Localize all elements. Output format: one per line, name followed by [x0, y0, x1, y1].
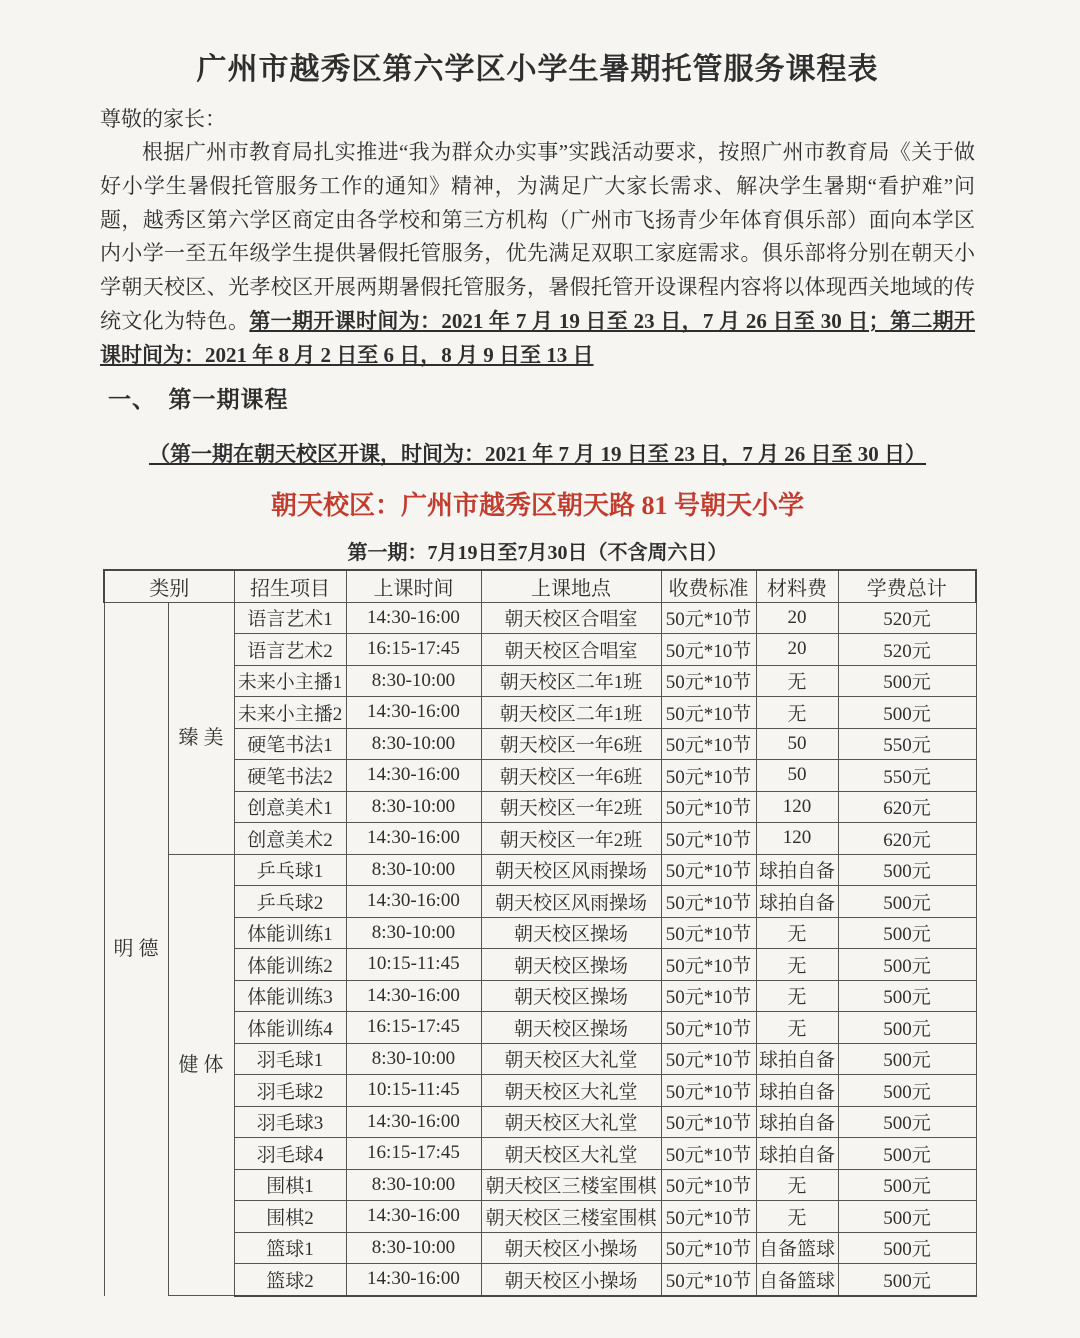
time-cell: 8:30-10:00: [346, 791, 481, 823]
location-cell: 朝天校区操场: [481, 917, 661, 949]
fee-cell: 50元*10节: [661, 1169, 756, 1201]
total-cell: 500元: [838, 1106, 976, 1138]
fee-cell: 50元*10节: [661, 1232, 756, 1264]
location-cell: 朝天校区一年2班: [481, 791, 661, 823]
total-cell: 520元: [838, 634, 976, 666]
location-cell: 朝天校区二年1班: [481, 697, 661, 729]
total-cell: 500元: [838, 980, 976, 1012]
material-cell: 无: [756, 665, 838, 697]
total-cell: 500元: [838, 917, 976, 949]
fee-cell: 50元*10节: [661, 949, 756, 981]
table-row: 体能训练210:15-11:45朝天校区操场50元*10节无500元: [104, 949, 976, 981]
total-cell: 500元: [838, 1138, 976, 1170]
material-cell: 无: [756, 697, 838, 729]
col-header-time: 上课时间: [346, 570, 481, 603]
total-cell: 500元: [838, 1012, 976, 1044]
total-cell: 500元: [838, 697, 976, 729]
material-cell: 20: [756, 634, 838, 666]
total-cell: 500元: [838, 1043, 976, 1075]
col-header-total: 学费总计: [838, 570, 976, 603]
location-cell: 朝天校区一年6班: [481, 760, 661, 792]
material-cell: 无: [756, 1201, 838, 1233]
section-heading: 一、 第一期课程: [108, 385, 975, 415]
material-cell: 50: [756, 760, 838, 792]
material-cell: 球拍自备: [756, 1043, 838, 1075]
table-row: 篮球18:30-10:00朝天校区小操场50元*10节自备篮球500元: [104, 1232, 976, 1264]
fee-cell: 50元*10节: [661, 823, 756, 855]
table-caption: 第一期：7月19日至7月30日（不含周六日）: [100, 540, 975, 566]
project-cell: 羽毛球4: [234, 1138, 346, 1170]
location-cell: 朝天校区小操场: [481, 1232, 661, 1264]
fee-cell: 50元*10节: [661, 1138, 756, 1170]
project-cell: 语言艺术2: [234, 634, 346, 666]
total-cell: 500元: [838, 949, 976, 981]
table-row: 硬笔书法214:30-16:00朝天校区一年6班50元*10节50550元: [104, 760, 976, 792]
location-cell: 朝天校区一年2班: [481, 823, 661, 855]
fee-cell: 50元*10节: [661, 634, 756, 666]
location-cell: 朝天校区二年1班: [481, 665, 661, 697]
document-page: 广州市越秀区第六学区小学生暑期托管服务课程表 尊敬的家长： 根据广州市教育局扎实…: [0, 0, 1080, 1338]
time-cell: 8:30-10:00: [346, 728, 481, 760]
fee-cell: 50元*10节: [661, 602, 756, 634]
time-cell: 14:30-16:00: [346, 697, 481, 729]
project-cell: 篮球1: [234, 1232, 346, 1264]
table-row: 体能训练18:30-10:00朝天校区操场50元*10节无500元: [104, 917, 976, 949]
material-cell: 球拍自备: [756, 1106, 838, 1138]
fee-cell: 50元*10节: [661, 791, 756, 823]
project-cell: 羽毛球3: [234, 1106, 346, 1138]
col-header-fee: 收费标准: [661, 570, 756, 603]
category-inner-cell: 健 体: [168, 854, 234, 1296]
material-cell: 无: [756, 1169, 838, 1201]
col-header-location: 上课地点: [481, 570, 661, 603]
fee-cell: 50元*10节: [661, 728, 756, 760]
table-row: 未来小主播214:30-16:00朝天校区二年1班50元*10节无500元: [104, 697, 976, 729]
location-cell: 朝天校区大礼堂: [481, 1075, 661, 1107]
material-cell: 50: [756, 728, 838, 760]
total-cell: 550元: [838, 728, 976, 760]
total-cell: 500元: [838, 1264, 976, 1296]
fee-cell: 50元*10节: [661, 1264, 756, 1296]
location-cell: 朝天校区合唱室: [481, 602, 661, 634]
total-cell: 500元: [838, 1169, 976, 1201]
time-cell: 14:30-16:00: [346, 823, 481, 855]
location-cell: 朝天校区三楼室围棋: [481, 1169, 661, 1201]
location-cell: 朝天校区操场: [481, 949, 661, 981]
location-cell: 朝天校区操场: [481, 980, 661, 1012]
time-cell: 8:30-10:00: [346, 1043, 481, 1075]
project-cell: 体能训练1: [234, 917, 346, 949]
time-cell: 14:30-16:00: [346, 1264, 481, 1296]
project-cell: 羽毛球2: [234, 1075, 346, 1107]
total-cell: 620元: [838, 791, 976, 823]
project-cell: 体能训练2: [234, 949, 346, 981]
material-cell: 无: [756, 980, 838, 1012]
fee-cell: 50元*10节: [661, 665, 756, 697]
project-cell: 未来小主播1: [234, 665, 346, 697]
project-cell: 围棋1: [234, 1169, 346, 1201]
table-row: 体能训练314:30-16:00朝天校区操场50元*10节无500元: [104, 980, 976, 1012]
project-cell: 乒乓球2: [234, 886, 346, 918]
time-cell: 8:30-10:00: [346, 1169, 481, 1201]
table-row: 健 体乒乓球18:30-10:00朝天校区风雨操场50元*10节球拍自备500元: [104, 854, 976, 886]
material-cell: 无: [756, 949, 838, 981]
total-cell: 500元: [838, 886, 976, 918]
table-row: 羽毛球416:15-17:45朝天校区大礼堂50元*10节球拍自备500元: [104, 1138, 976, 1170]
total-cell: 500元: [838, 665, 976, 697]
project-cell: 体能训练3: [234, 980, 346, 1012]
intro-paragraph: 根据广州市教育局扎实推进“我为群众办实事”实践活动要求，按照广州市教育局《关于做…: [100, 136, 975, 373]
col-header-category: 类别: [104, 570, 234, 603]
material-cell: 球拍自备: [756, 854, 838, 886]
table-row: 乒乓球214:30-16:00朝天校区风雨操场50元*10节球拍自备500元: [104, 886, 976, 918]
table-row: 未来小主播18:30-10:00朝天校区二年1班50元*10节无500元: [104, 665, 976, 697]
table-row: 羽毛球314:30-16:00朝天校区大礼堂50元*10节球拍自备500元: [104, 1106, 976, 1138]
table-row: 围棋214:30-16:00朝天校区三楼室围棋50元*10节无500元: [104, 1201, 976, 1233]
time-cell: 14:30-16:00: [346, 1106, 481, 1138]
time-cell: 8:30-10:00: [346, 1232, 481, 1264]
fee-cell: 50元*10节: [661, 760, 756, 792]
col-header-material: 材料费: [756, 570, 838, 603]
time-cell: 14:30-16:00: [346, 760, 481, 792]
material-cell: 无: [756, 917, 838, 949]
time-cell: 10:15-11:45: [346, 949, 481, 981]
project-cell: 体能训练4: [234, 1012, 346, 1044]
table-row: 明 德臻 美语言艺术114:30-16:00朝天校区合唱室50元*10节2052…: [104, 602, 976, 634]
time-cell: 8:30-10:00: [346, 854, 481, 886]
material-cell: 自备篮球: [756, 1264, 838, 1296]
fee-cell: 50元*10节: [661, 917, 756, 949]
time-cell: 8:30-10:00: [346, 917, 481, 949]
table-row: 硬笔书法18:30-10:00朝天校区一年6班50元*10节50550元: [104, 728, 976, 760]
salutation: 尊敬的家长：: [100, 104, 975, 134]
project-cell: 创意美术1: [234, 791, 346, 823]
total-cell: 500元: [838, 1201, 976, 1233]
location-cell: 朝天校区小操场: [481, 1264, 661, 1296]
location-cell: 朝天校区大礼堂: [481, 1043, 661, 1075]
fee-cell: 50元*10节: [661, 1012, 756, 1044]
campus-address: 朝天校区：广州市越秀区朝天路 81 号朝天小学: [100, 492, 975, 520]
time-cell: 14:30-16:00: [346, 1201, 481, 1233]
time-cell: 16:15-17:45: [346, 1012, 481, 1044]
project-cell: 羽毛球1: [234, 1043, 346, 1075]
fee-cell: 50元*10节: [661, 1043, 756, 1075]
material-cell: 球拍自备: [756, 1138, 838, 1170]
total-cell: 520元: [838, 602, 976, 634]
location-cell: 朝天校区大礼堂: [481, 1106, 661, 1138]
total-cell: 500元: [838, 1075, 976, 1107]
project-cell: 硬笔书法1: [234, 728, 346, 760]
intro-text: 根据广州市教育局扎实推进“我为群众办实事”实践活动要求，按照广州市教育局《关于做…: [100, 140, 975, 333]
total-cell: 620元: [838, 823, 976, 855]
fee-cell: 50元*10节: [661, 1201, 756, 1233]
fee-cell: 50元*10节: [661, 1106, 756, 1138]
time-cell: 10:15-11:45: [346, 1075, 481, 1107]
category-inner-cell: 臻 美: [168, 602, 234, 854]
location-cell: 朝天校区操场: [481, 1012, 661, 1044]
fee-cell: 50元*10节: [661, 854, 756, 886]
project-cell: 未来小主播2: [234, 697, 346, 729]
fee-cell: 50元*10节: [661, 697, 756, 729]
project-cell: 篮球2: [234, 1264, 346, 1296]
time-cell: 8:30-10:00: [346, 665, 481, 697]
time-cell: 14:30-16:00: [346, 602, 481, 634]
course-table: 类别 招生项目 上课时间 上课地点 收费标准 材料费 学费总计 明 德臻 美语言…: [103, 569, 977, 1297]
project-cell: 围棋2: [234, 1201, 346, 1233]
location-cell: 朝天校区合唱室: [481, 634, 661, 666]
time-cell: 16:15-17:45: [346, 634, 481, 666]
table-row: 体能训练416:15-17:45朝天校区操场50元*10节无500元: [104, 1012, 976, 1044]
fee-cell: 50元*10节: [661, 886, 756, 918]
material-cell: 球拍自备: [756, 886, 838, 918]
table-row: 篮球214:30-16:00朝天校区小操场50元*10节自备篮球500元: [104, 1264, 976, 1296]
table-row: 语言艺术216:15-17:45朝天校区合唱室50元*10节20520元: [104, 634, 976, 666]
table-row: 羽毛球210:15-11:45朝天校区大礼堂50元*10节球拍自备500元: [104, 1075, 976, 1107]
total-cell: 550元: [838, 760, 976, 792]
material-cell: 120: [756, 791, 838, 823]
time-cell: 14:30-16:00: [346, 980, 481, 1012]
time-cell: 16:15-17:45: [346, 1138, 481, 1170]
session-note: （第一期在朝天校区开课，时间为：2021 年 7 月 19 日至 23 日，7 …: [100, 440, 975, 468]
project-cell: 乒乓球1: [234, 854, 346, 886]
location-cell: 朝天校区风雨操场: [481, 886, 661, 918]
time-cell: 14:30-16:00: [346, 886, 481, 918]
fee-cell: 50元*10节: [661, 1075, 756, 1107]
total-cell: 500元: [838, 854, 976, 886]
project-cell: 创意美术2: [234, 823, 346, 855]
location-cell: 朝天校区一年6班: [481, 728, 661, 760]
material-cell: 自备篮球: [756, 1232, 838, 1264]
table-row: 创意美术214:30-16:00朝天校区一年2班50元*10节120620元: [104, 823, 976, 855]
project-cell: 语言艺术1: [234, 602, 346, 634]
material-cell: 无: [756, 1012, 838, 1044]
location-cell: 朝天校区风雨操场: [481, 854, 661, 886]
location-cell: 朝天校区大礼堂: [481, 1138, 661, 1170]
table-row: 羽毛球18:30-10:00朝天校区大礼堂50元*10节球拍自备500元: [104, 1043, 976, 1075]
table-row: 围棋18:30-10:00朝天校区三楼室围棋50元*10节无500元: [104, 1169, 976, 1201]
table-header-row: 类别 招生项目 上课时间 上课地点 收费标准 材料费 学费总计: [104, 570, 976, 603]
location-cell: 朝天校区三楼室围棋: [481, 1201, 661, 1233]
category-outer-cell: 明 德: [104, 602, 168, 1296]
fee-cell: 50元*10节: [661, 980, 756, 1012]
table-row: 创意美术18:30-10:00朝天校区一年2班50元*10节120620元: [104, 791, 976, 823]
page-title: 广州市越秀区第六学区小学生暑期托管服务课程表: [100, 50, 975, 90]
project-cell: 硬笔书法2: [234, 760, 346, 792]
col-header-project: 招生项目: [234, 570, 346, 603]
material-cell: 20: [756, 602, 838, 634]
total-cell: 500元: [838, 1232, 976, 1264]
material-cell: 球拍自备: [756, 1075, 838, 1107]
material-cell: 120: [756, 823, 838, 855]
